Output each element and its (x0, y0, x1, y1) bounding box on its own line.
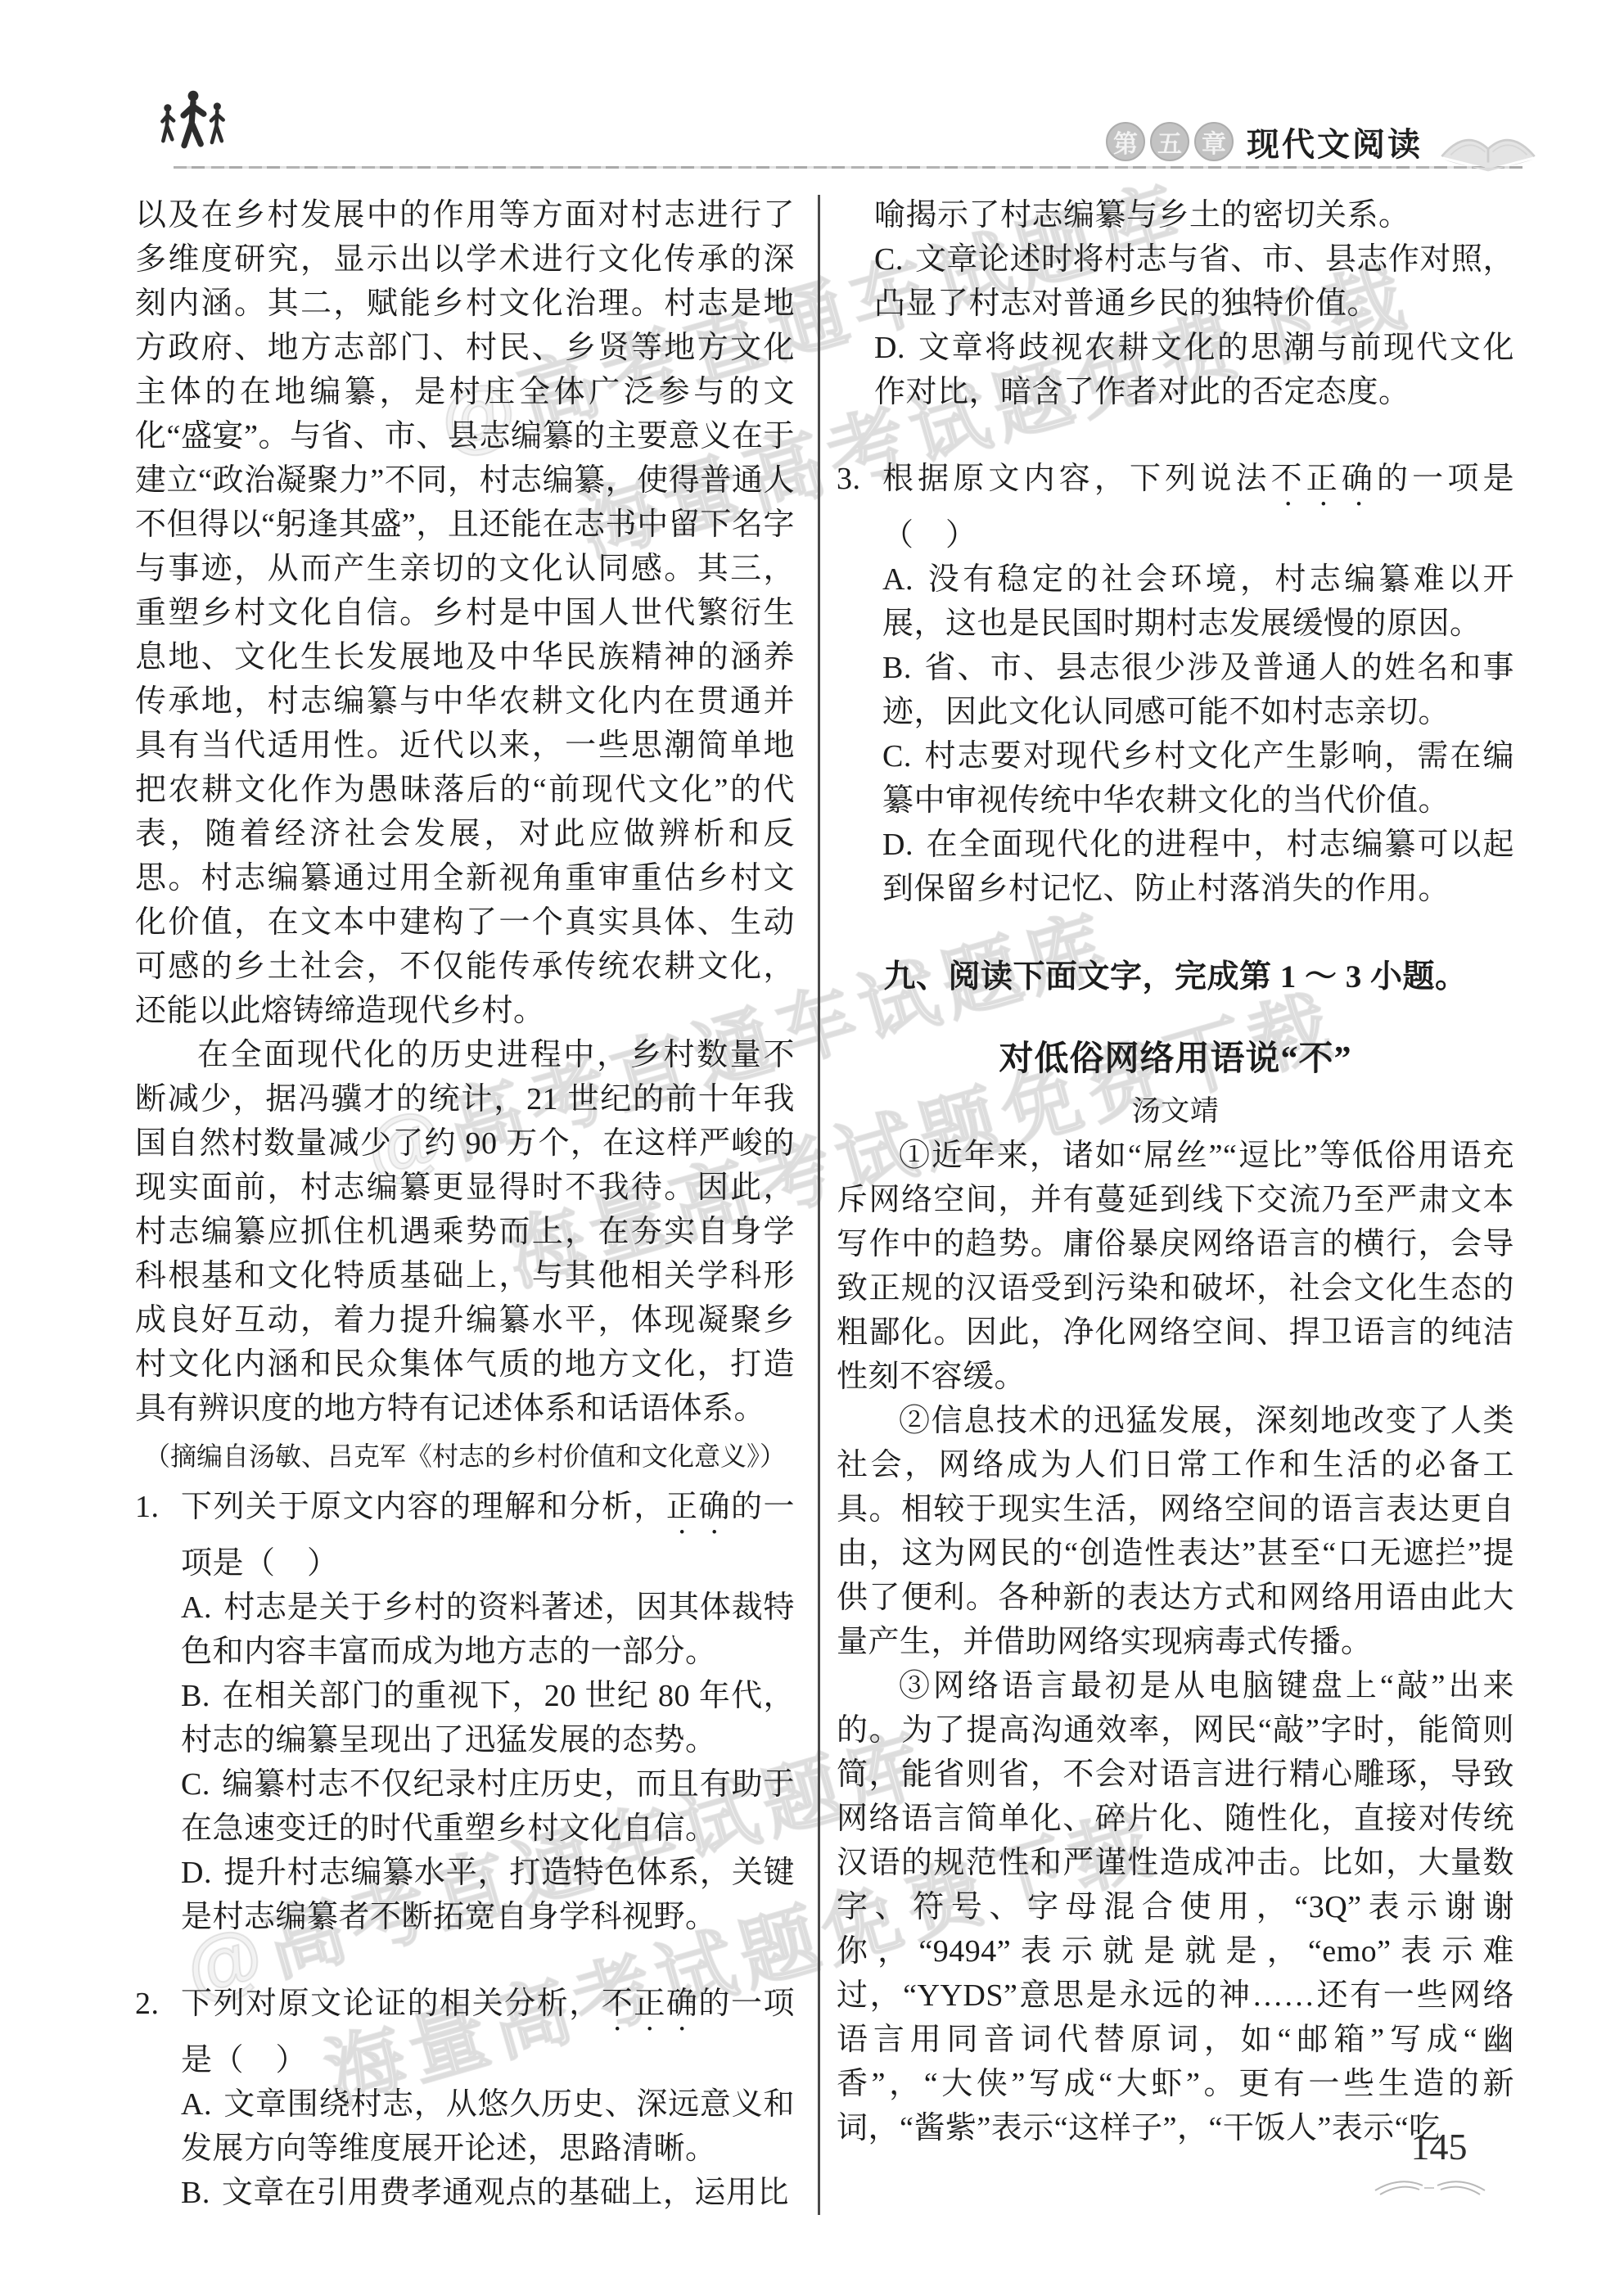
option-text: 在相关部门的重视下，20 世纪 80 年代，村志的编纂呈现出了迅猛发展的态势。 (181, 1679, 795, 1757)
option-text: 在全面现代化的进程中，村志编纂可以起到保留乡村记忆、防止村落消失的作用。 (882, 828, 1514, 906)
option-d: D.在全面现代化的进程中，村志编纂可以起到保留乡村记忆、防止村落消失的作用。 (882, 823, 1514, 911)
left-column: 以及在乡村发展中的作用等方面对村志进行了多维度研究，显示出以学术进行文化传承的深… (135, 193, 795, 2215)
section-heading: 九、阅读下面文字，完成第 1 ～ 3 小题。 (837, 955, 1514, 999)
page-number: 145 (1390, 2125, 1488, 2168)
option-a: A.文章围绕村志，从悠久历史、深远意义和发展方向等维度展开论述，思路清晰。 (181, 2082, 795, 2171)
chapter-title: 现代文阅读 (1247, 119, 1423, 165)
option-text: 文章论述时将村志与省、市、县志作对照，凸显了村志对普通乡民的独特价值。 (874, 242, 1514, 321)
option-label: C. (181, 1767, 210, 1802)
swirl-decoration-icon (1369, 2171, 1491, 2199)
passage-paragraph: ②信息技术的迅猛发展，深刻地改变了人类社会，网络成为人们日常工作和生活的必备工具… (837, 1399, 1514, 1664)
stem-emphasis: 不正确 (602, 1987, 699, 2021)
option-text: 没有稳定的社会环境，村志编纂难以开展，这也是民国时期村志发展缓慢的原因。 (882, 562, 1514, 641)
option-label: D. (181, 1856, 212, 1890)
option-label: B. (882, 651, 912, 685)
runners-logo-icon (156, 88, 231, 160)
option-text: 村志是关于乡村的资料著述，因其体裁特色和内容丰富而成为地方志的一部分。 (181, 1590, 795, 1669)
option-text: 文章围绕村志，从悠久历史、深远意义和发展方向等维度展开论述，思路清晰。 (181, 2087, 795, 2166)
option-a: A.村志是关于乡村的资料著述，因其体裁特色和内容丰富而成为地方志的一部分。 (181, 1586, 795, 1674)
option-label: A. (181, 1590, 212, 1625)
option-d: D.文章将歧视农耕文化的思潮与前现代文化作对比，暗含了作者对此的否定态度。 (874, 326, 1514, 414)
stem-text: 下列关于原文内容的理解和分析， (181, 1490, 666, 1524)
option-label: D. (874, 331, 905, 365)
question-number: 1. (135, 1485, 160, 1529)
stem-emphasis: 正确 (666, 1490, 731, 1524)
question-2: 2. 下列对原文论证的相关分析，不正确的一项是（ ） A.文章围绕村志，从悠久历… (135, 1982, 795, 2215)
chapter-badge: 第 五 章 (1106, 122, 1234, 161)
option-label: C. (874, 242, 904, 277)
option-d: D.提升村志编纂水平，打造特色体系，关键是村志编纂者不断拓宽自身学科视野。 (181, 1851, 795, 1939)
question-stem: 下列关于原文内容的理解和分析，正确的一项是（ ） (181, 1485, 795, 1586)
option-label: C. (882, 739, 912, 774)
passage-attribution: （摘编自汤敏、吕克军《村志的乡村价值和文化意义》） (135, 1434, 795, 1478)
stem-text: 下列对原文论证的相关分析， (181, 1987, 602, 2021)
option-label: A. (882, 562, 913, 597)
passage-title: 对低俗网络用语说“不” (837, 1037, 1514, 1081)
option-c: C.村志要对现代乡村文化产生影响，需在编纂中审视传统中华农耕文化的当代价值。 (882, 734, 1514, 823)
question-stem: 根据原文内容，下列说法不正确的一项是（ ） (882, 457, 1514, 557)
question-1: 1. 下列关于原文内容的理解和分析，正确的一项是（ ） A.村志是关于乡村的资料… (135, 1485, 795, 1939)
option-b-continuation: 喻揭示了村志编纂与乡土的密切关系。 (874, 193, 1514, 237)
passage-author: 汤文靖 (837, 1089, 1514, 1134)
chapter-badge-char: 章 (1194, 122, 1234, 161)
passage-paragraph: ①近年来，诸如“屌丝”“逗比”等低俗用语充斥网络空间，并有蔓延到线下交流乃至严肃… (837, 1134, 1514, 1399)
option-a: A.没有稳定的社会环境，村志编纂难以开展，这也是民国时期村志发展缓慢的原因。 (882, 557, 1514, 646)
question-number: 3. (837, 457, 861, 501)
chapter-badge-char: 五 (1150, 122, 1189, 161)
column-divider (818, 195, 820, 2215)
option-text: 编纂村志不仅纪录村庄历史，而且有助于在急速变迁的时代重塑乡村文化自信。 (181, 1767, 795, 1846)
option-label: A. (181, 2087, 212, 2122)
option-b: B.文章在引用费孝通观点的基础上，运用比 (181, 2171, 795, 2215)
passage-paragraph: 在全面现代化的历史进程中，乡村数量不断减少，据冯骥才的统计，21 世纪的前十年我… (135, 1033, 795, 1431)
question-stem: 下列对原文论证的相关分析，不正确的一项是（ ） (181, 1982, 795, 2082)
question-2-continuation: 喻揭示了村志编纂与乡土的密切关系。 C.文章论述时将村志与省、市、县志作对照，凸… (837, 193, 1514, 414)
option-text: 省、市、县志很少涉及普通人的姓名和事迹，因此文化认同感可能不如村志亲切。 (882, 651, 1514, 729)
book-page: 第 五 章 现代文阅读 @高考直通车试题库 海量高考试题免费下载 @高考直通车试… (0, 0, 1624, 2296)
option-text: 提升村志编纂水平，打造特色体系，关键是村志编纂者不断拓宽自身学科视野。 (181, 1856, 795, 1934)
option-text: 文章将歧视农耕文化的思潮与前现代文化作对比，暗含了作者对此的否定态度。 (874, 331, 1514, 409)
header-chapter: 第 五 章 现代文阅读 (1106, 100, 1541, 183)
stem-text: 根据原文内容，下列说法 (882, 462, 1271, 496)
option-label: B. (181, 1679, 210, 1713)
right-column: 喻揭示了村志编纂与乡土的密切关系。 C.文章论述时将村志与省、市、县志作对照，凸… (837, 193, 1514, 2215)
passage-paragraph: 以及在乡村发展中的作用等方面对村志进行了多维度研究，显示出以学术进行文化传承的深… (135, 193, 795, 1033)
option-c: C.文章论述时将村志与省、市、县志作对照，凸显了村志对普通乡民的独特价值。 (874, 237, 1514, 326)
chapter-badge-char: 第 (1106, 122, 1145, 161)
passage-paragraph: ③网络语言最初是从电脑键盘上“敲”出来的。为了提高沟通效率，网民“敲”字时，能简… (837, 1664, 1514, 2150)
option-b: B.在相关部门的重视下，20 世纪 80 年代，村志的编纂呈现出了迅猛发展的态势… (181, 1674, 795, 1762)
option-text: 村志要对现代乡村文化产生影响，需在编纂中审视传统中华农耕文化的当代价值。 (882, 739, 1514, 818)
option-text: 文章在引用费孝通观点的基础上，运用比 (222, 2176, 789, 2210)
question-3: 3. 根据原文内容，下列说法不正确的一项是（ ） A.没有稳定的社会环境，村志编… (837, 457, 1514, 911)
question-number: 2. (135, 1982, 160, 2026)
option-b: B.省、市、县志很少涉及普通人的姓名和事迹，因此文化认同感可能不如村志亲切。 (882, 646, 1514, 734)
open-book-icon (1436, 115, 1541, 183)
option-label: B. (181, 2176, 210, 2210)
option-label: D. (882, 828, 913, 862)
stem-emphasis: 不正确 (1271, 462, 1377, 496)
page-body: 以及在乡村发展中的作用等方面对村志进行了多维度研究，显示出以学术进行文化传承的深… (135, 193, 1523, 2215)
option-c: C.编纂村志不仅纪录村庄历史，而且有助于在急速变迁的时代重塑乡村文化自信。 (181, 1762, 795, 1851)
